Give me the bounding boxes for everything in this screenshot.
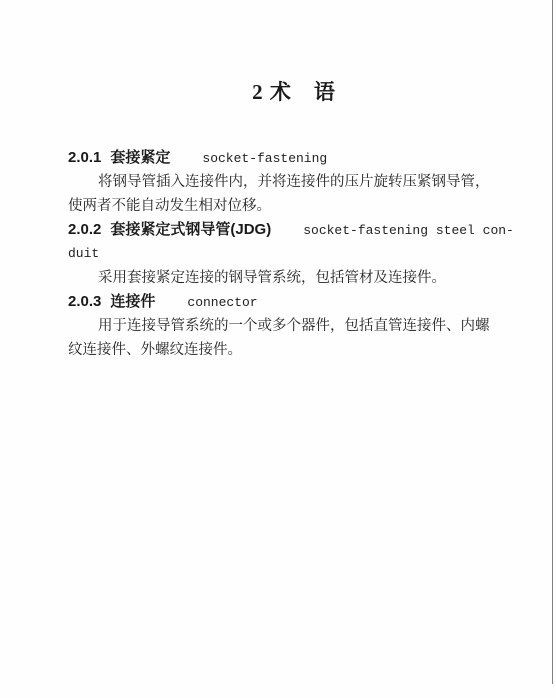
term-name-en: socket-fastening — [202, 151, 327, 166]
term-definition-line: 用于连接导管系统的一个或多个器件，包括直管连接件、内螺 — [68, 314, 504, 338]
term-entry-201: 2.0.1套接紧定socket-fastening 将钢导管插入连接件内，并将连… — [68, 146, 504, 218]
term-name-en: connector — [187, 295, 257, 310]
term-definition-line: 将钢导管插入连接件内，并将连接件的压片旋转压紧钢导管， — [68, 170, 504, 194]
term-entry-202: 2.0.2套接紧定式钢导管(JDG)socket-fastening steel… — [68, 218, 504, 290]
terms-section: 2.0.1套接紧定socket-fastening 将钢导管插入连接件内，并将连… — [68, 146, 504, 362]
term-entry-203: 2.0.3连接件connector 用于连接导管系统的一个或多个器件，包括直管连… — [68, 290, 504, 362]
term-name-zh: 套接紧定 — [110, 149, 170, 166]
term-number: 2.0.2 — [68, 221, 101, 238]
term-heading: 2.0.2套接紧定式钢导管(JDG)socket-fastening steel… — [68, 218, 504, 242]
term-name-en: socket-fastening steel con- — [303, 223, 514, 238]
term-name-zh: 套接紧定式钢导管(JDG) — [110, 221, 271, 238]
chapter-title: 2 术 语 — [16, 76, 556, 106]
term-definition-line: 使两者不能自动发生相对位移。 — [68, 194, 504, 218]
term-number: 2.0.3 — [68, 293, 101, 310]
term-definition-line: 采用套接紧定连接的钢导管系统，包括管材及连接件。 — [68, 266, 504, 290]
term-definition-line: 纹连接件、外螺纹连接件。 — [68, 338, 504, 362]
document-page: 2 术 语 2.0.1套接紧定socket-fastening 将钢导管插入连接… — [0, 0, 556, 698]
term-heading: 2.0.3连接件connector — [68, 290, 504, 314]
term-heading: 2.0.1套接紧定socket-fastening — [68, 146, 504, 170]
term-name-zh: 连接件 — [110, 293, 155, 310]
term-number: 2.0.1 — [68, 149, 101, 166]
term-name-en-continuation: duit — [68, 242, 504, 266]
